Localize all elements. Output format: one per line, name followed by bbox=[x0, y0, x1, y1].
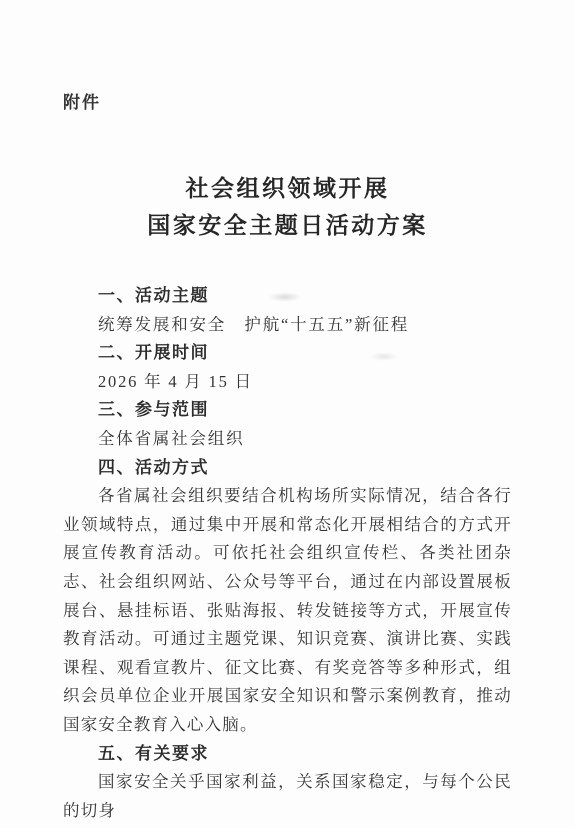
section-1-body-line: 统筹发展和安全 护航“十五五”新征程 bbox=[63, 311, 512, 340]
document-title: 社会组织领域开展 国家安全主题日活动方案 bbox=[0, 170, 575, 244]
section-2-body-line: 2026 年 4 月 15 日 bbox=[63, 368, 512, 397]
section-4-paragraph: 各省属社会组织要结合机构场所实际情况，结合各行业领域特点，通过集中开展和常态化开… bbox=[63, 482, 512, 739]
section-heading-4: 四、活动方式 bbox=[63, 454, 512, 483]
scanned-document-page: 附件 社会组织领域开展 国家安全主题日活动方案 一、活动主题 统筹发展和安全 护… bbox=[0, 0, 575, 828]
section-heading-2: 二、开展时间 bbox=[63, 339, 512, 368]
section-5-paragraph: 国家安全关乎国家利益，关系国家稳定，与每个公民的切身 bbox=[63, 768, 512, 825]
attachment-label: 附件 bbox=[63, 88, 101, 113]
document-title-line-2: 国家安全主题日活动方案 bbox=[0, 207, 575, 244]
document-title-line-1: 社会组织领域开展 bbox=[0, 170, 575, 207]
section-3-body-line: 全体省属社会组织 bbox=[63, 425, 512, 454]
document-body: 一、活动主题 统筹发展和安全 护航“十五五”新征程 二、开展时间 2026 年 … bbox=[63, 282, 512, 825]
section-heading-3: 三、参与范围 bbox=[63, 396, 512, 425]
section-heading-1: 一、活动主题 bbox=[63, 282, 512, 311]
section-heading-5: 五、有关要求 bbox=[63, 740, 512, 769]
